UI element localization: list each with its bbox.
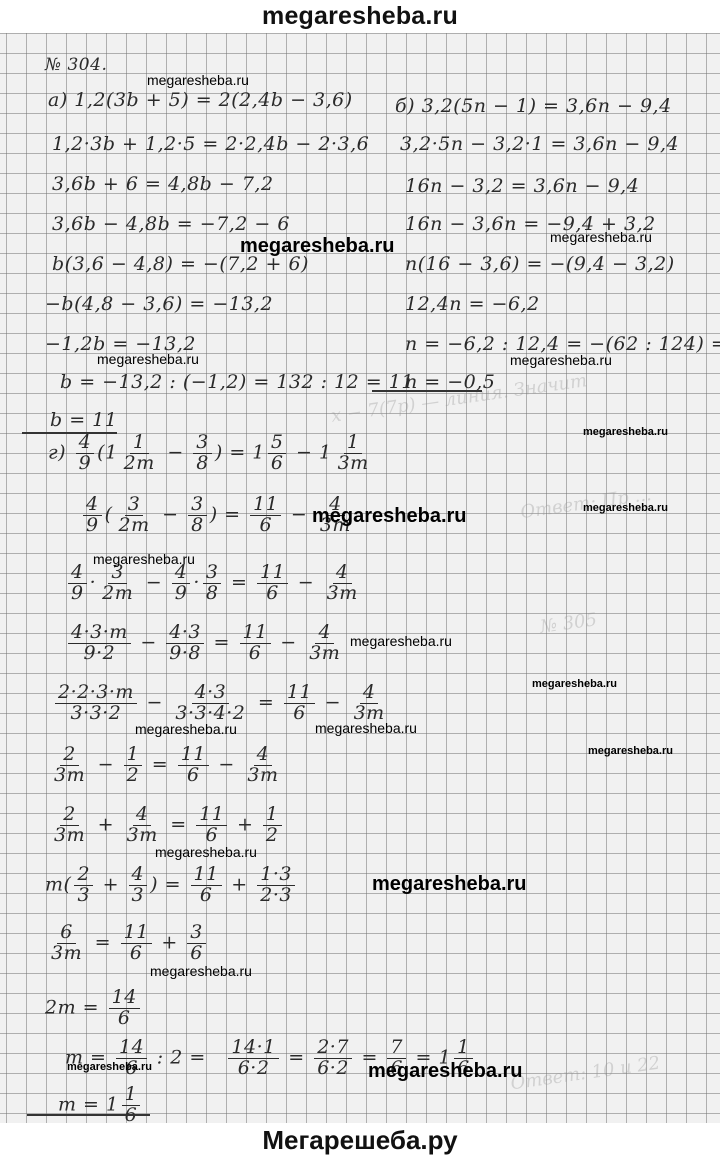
watermark: megaresheba.ru <box>350 633 452 649</box>
part-g-line-3: 49·32m − 49·38 = 116 − 43m <box>65 563 364 604</box>
part-a-line-1: а) 1,2(3b + 5) = 2(2,4b − 3,6) <box>48 89 353 111</box>
part-g-line-4: 4·3·m9·2 − 4·39·8 = 116 − 43m <box>65 623 346 664</box>
part-g-line-8: m(23 + 43) = 116 + 1·32·3 <box>45 865 298 906</box>
watermark: megaresheba.ru <box>583 426 668 438</box>
watermark: megaresheba.ru <box>372 873 527 896</box>
answer-underline <box>27 1114 150 1116</box>
watermark: megaresheba.ru <box>155 844 257 860</box>
bleed-through-text: Ответ: 10 и 22 <box>509 1053 661 1095</box>
part-g-line-10: 2m = 146 <box>45 988 143 1029</box>
part-a-line-8: b = −13,2 : (−1,2) = 132 : 12 = 11 <box>60 371 414 393</box>
part-a-answer: b = 11 <box>50 409 117 431</box>
part-a-line-4: 3,6b − 4,8b = −7,2 − 6 <box>52 213 290 235</box>
part-b-line-2: 3,2·5n − 3,2·1 = 3,6n − 9,4 <box>400 133 679 155</box>
part-g-line-5: 2·2·3·m3·3·2 − 4·33·3·4·2 = 116 − 43m <box>52 683 391 724</box>
site-footer: Мегарешеба.ру <box>0 1123 720 1157</box>
watermark: megaresheba.ru <box>312 505 467 528</box>
part-g-line-9: 63m = 116 + 36 <box>45 923 209 964</box>
watermark: megaresheba.ru <box>67 1061 152 1073</box>
part-b-line-6: 12,4n = −6,2 <box>405 293 540 315</box>
watermark: megaresheba.ru <box>97 351 199 367</box>
part-g-answer: m = 116 <box>58 1085 143 1123</box>
answer-underline <box>372 390 482 392</box>
part-b-line-3: 16n − 3,2 = 3,6n − 9,4 <box>405 175 639 197</box>
watermark: megaresheba.ru <box>550 229 652 245</box>
problem-number: № 304. <box>45 55 107 75</box>
site-footer-title: Мегарешеба.ру <box>262 1125 457 1155</box>
part-a-line-3: 3,6b + 6 = 4,8b − 7,2 <box>52 173 274 195</box>
part-g-line-7: 23m + 43m = 116 + 12 <box>48 805 285 846</box>
watermark: megaresheba.ru <box>240 235 395 258</box>
watermark: megaresheba.ru <box>588 745 673 757</box>
watermark: megaresheba.ru <box>135 721 237 737</box>
watermark: megaresheba.ru <box>532 678 617 690</box>
watermark: megaresheba.ru <box>150 963 252 979</box>
part-a-line-2: 1,2·3b + 1,2·5 = 2·2,4b − 2·3,6 <box>52 133 369 155</box>
watermark: megaresheba.ru <box>315 720 417 736</box>
part-a-line-6: −b(4,8 − 3,6) = −13,2 <box>45 293 273 315</box>
part-g-line-1: г) 49(112m − 38) = 156 − 113m <box>48 433 375 474</box>
watermark: megaresheba.ru <box>583 502 668 514</box>
site-header: megaresheba.ru <box>0 0 720 33</box>
site-title: megaresheba.ru <box>262 2 458 30</box>
watermark: megaresheba.ru <box>510 352 612 368</box>
bleed-through-text: № 305 <box>539 609 598 638</box>
watermark: megaresheba.ru <box>93 551 195 567</box>
part-a-label: а) <box>48 89 68 111</box>
watermark: megaresheba.ru <box>368 1060 523 1083</box>
part-b-line-5: n(16 − 3,6) = −(9,4 − 3,2) <box>405 253 675 275</box>
notebook-page: x − 7(7p) — линия. Значит Ответ: Пр ... … <box>0 33 720 1123</box>
part-g-line-6: 23m − 12 = 116 − 43m <box>48 745 285 786</box>
part-g-label: г) <box>48 441 66 463</box>
part-b-line-1: б) 3,2(5n − 1) = 3,6n − 9,4 <box>395 95 672 117</box>
watermark: megaresheba.ru <box>147 72 249 88</box>
part-b-label: б) <box>395 95 415 117</box>
